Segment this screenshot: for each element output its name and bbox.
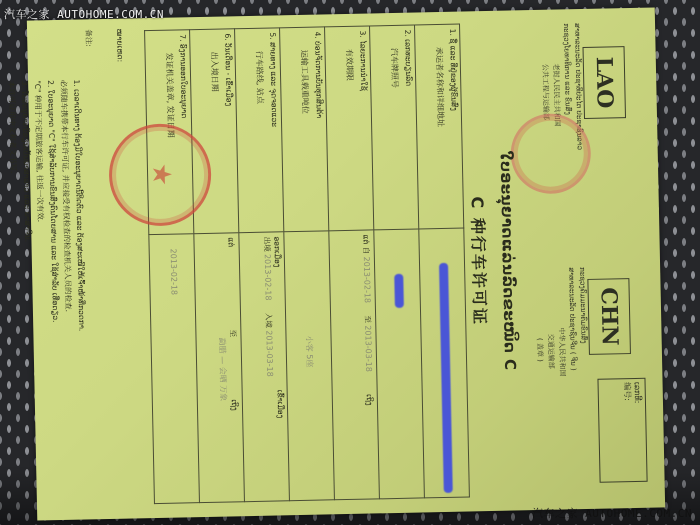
header-issuer-chn: ກະຊວງຄົມມະນາຄົມຂົນສົ່ງ ສາທາລະນະລັດ ປະຊາຊ…: [532, 267, 591, 478]
country-box-lao: LAO: [583, 46, 626, 119]
field-value: ແຕ່ 至 ເຖິງ 勐腊 — 会晒 万象: [194, 233, 245, 503]
star-icon: ★: [146, 163, 176, 187]
number-box: ເລກທີ: 编号:: [597, 378, 647, 483]
watermark-top: 汽车之家 AUTOHOME.COM.CN: [4, 6, 164, 22]
field-label-lao: ຊື່ ແລະ ທີ່ຢູ່ຂອງຜູ້ຂົນສົ່ງ: [448, 38, 459, 111]
field-label-cn: 出入境日期: [208, 34, 223, 229]
number-label-cn: 编号:: [622, 382, 633, 401]
field-label-cn: 承运者名称和详细地址: [433, 29, 448, 224]
country-box-chn: CHN: [587, 278, 631, 355]
field-label-lao: ອົງການອອກໃບອະນຸຍາດ: [178, 44, 189, 119]
field-label-lao: ສາຍທາງ ແລະ ຈຸດຈອດແວະ: [268, 42, 279, 127]
permit-fields-table: 1. ຊື່ ແລະ ທີ່ຢູ່ຂອງຜູ້ຂົນສົ່ງ 承运者名称和详细地…: [144, 24, 470, 505]
field-label-cn: 运输工具载重吨位: [298, 32, 313, 227]
field-label-lao: ວັນເດືອນ - ເຂົ້າເມືອງ: [223, 43, 233, 106]
field-value: [374, 229, 425, 499]
document-content-rotated: LAO CHN ເລກທີ: 编号: ສາທາລະນະລັດ ປະຊາທິປະໄ…: [36, 18, 656, 511]
field-label-cn: 汽车牌照号: [388, 30, 403, 225]
notes-label-lao: ໝາຍເຫດ:: [113, 29, 136, 509]
field-value: ອອກເມືອງ ເຂົ້າເມືອງ 出境 2013-02-18 入境 201…: [239, 232, 290, 502]
permit-document: LAO CHN ເລກທີ: 编号: ສາທາລະນະລັດ ປະຊາທິປະໄ…: [27, 7, 665, 520]
field-label-lao: ເລກທະບຽນລົດ: [403, 39, 413, 86]
watermark-bottom: 汽车之家 AUTOHOME.COM.CN: [532, 505, 692, 521]
field-value: 2013-02-18: [149, 234, 200, 504]
field-value: 小客 5座: [284, 231, 335, 501]
field-value: ແຕ່ 自 2013-02-18 至 2013-03-18 ເຖິງ: [329, 230, 380, 500]
document-title-cn: C 种行车许可证: [464, 81, 495, 441]
redaction-mark: [394, 274, 404, 308]
number-label-lao: ເລກທີ:: [633, 382, 642, 404]
field-label-cn: 行车路线, 站点: [253, 33, 268, 228]
field-value: [419, 228, 470, 498]
redaction-mark: [439, 263, 453, 493]
field-label-cn: 有效期限: [343, 31, 358, 226]
field-label-lao: ໄລຍະການນຳໃຊ້: [358, 40, 368, 91]
field-label-lao: ບ່ອນຈັດການບັນທຸກສິນຄ້າ: [313, 41, 324, 118]
notes-section: ໝາຍເຫດ: 备注: 1. ເວລາເດີນທາງ ຕ້ອງມີໃບອະນຸຍ…: [4, 29, 136, 511]
